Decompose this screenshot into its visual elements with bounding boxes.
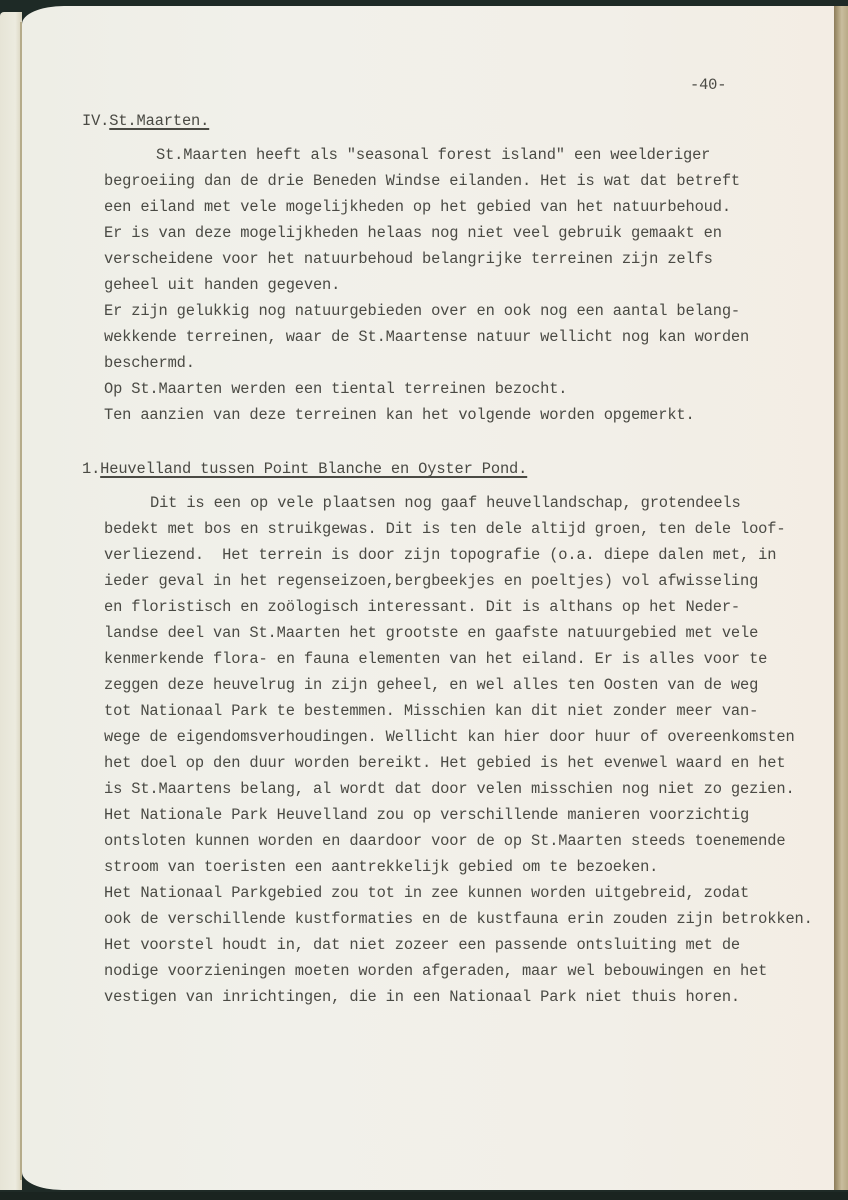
text-line: Het Nationale Park Heuvelland zou op ver…	[104, 806, 749, 824]
text-line: is St.Maartens belang, al wordt dat door…	[104, 780, 795, 798]
text-line: ieder geval in het regenseizoen,bergbeek…	[104, 572, 758, 590]
text-line: kenmerkende flora- en fauna elementen va…	[104, 650, 767, 668]
scan-bottom-border	[0, 1192, 848, 1200]
text-line: Er is van deze mogelijkheden helaas nog …	[104, 224, 722, 242]
text-line: verscheidene voor het natuurbehoud belan…	[104, 250, 713, 268]
text-line: een eiland met vele mogelijkheden op het…	[104, 198, 731, 216]
text-line: begroeiing dan de drie Beneden Windse ei…	[104, 172, 740, 190]
text-line: landse deel van St.Maarten het grootste …	[104, 624, 758, 642]
text-line: geheel uit handen gegeven.	[104, 276, 340, 294]
text-line: Er zijn gelukkig nog natuurgebieden over…	[104, 302, 740, 320]
text-line: ontsloten kunnen worden en daardoor voor…	[104, 832, 785, 850]
section-title: St.Maarten.	[109, 112, 209, 130]
text-line: wekkende terreinen, waar de St.Maartense…	[104, 328, 749, 346]
text-line: Op St.Maarten werden een tiental terrein…	[104, 380, 567, 398]
text-line: vestigen van inrichtingen, die in een Na…	[104, 988, 740, 1006]
text-line: stroom van toeristen een aantrekkelijk g…	[104, 858, 658, 876]
right-page-stack-edge	[834, 6, 848, 1190]
page-number: -40-	[690, 76, 726, 94]
subsection-title: Heuvelland tussen Point Blanche en Oyste…	[100, 460, 527, 478]
text-line: Dit is een op vele plaatsen nog gaaf heu…	[150, 494, 741, 512]
text-line: en floristisch en zoölogisch interessant…	[104, 598, 740, 616]
section-number: IV.	[82, 112, 109, 130]
text-line: Ten aanzien van deze terreinen kan het v…	[104, 406, 695, 424]
text-line: nodige voorzieningen moeten worden afger…	[104, 962, 767, 980]
text-line: bedekt met bos en struikgewas. Dit is te…	[104, 520, 785, 538]
text-line: Het Nationaal Parkgebied zou tot in zee …	[104, 884, 749, 902]
text-line: Het voorstel houdt in, dat niet zozeer e…	[104, 936, 740, 954]
left-page-edge	[0, 12, 22, 1190]
text-line: zeggen deze heuvelrug in zijn geheel, en…	[104, 676, 758, 694]
subsection-heading: 1.Heuvelland tussen Point Blanche en Oys…	[82, 460, 527, 478]
text-line: tot Nationaal Park te bestemmen. Misschi…	[104, 702, 758, 720]
text-line: het doel op den duur worden bereikt. Het…	[104, 754, 785, 772]
section-heading: IV.St.Maarten.	[82, 112, 209, 130]
text-line: verliezend. Het terrein is door zijn top…	[104, 546, 776, 564]
text-line: wege de eigendomsverhoudingen. Wellicht …	[104, 728, 795, 746]
scanned-book-spread: -40- IV.St.Maarten. St.Maarten heeft als…	[0, 0, 848, 1200]
text-line: St.Maarten heeft als "seasonal forest is…	[156, 146, 710, 164]
text-line: beschermd.	[104, 354, 195, 372]
text-line: ook de verschillende kustformaties en de…	[104, 910, 813, 928]
subsection-number: 1.	[82, 460, 100, 478]
